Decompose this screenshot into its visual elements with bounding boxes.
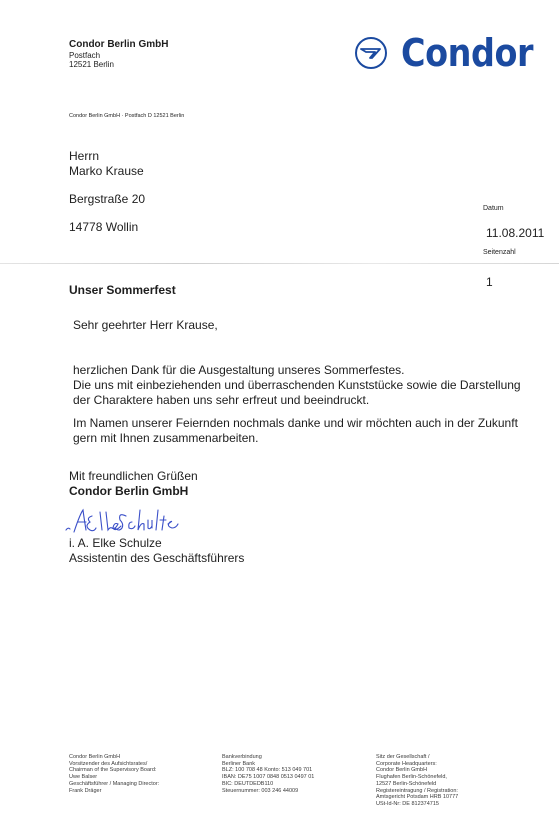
return-address: Condor Berlin GmbH · Postfach D 12521 Be… <box>69 113 184 119</box>
footer-headquarters-info: Sitz der Gesellschaft / Corporate Headqu… <box>376 754 458 808</box>
sender-address-line: Postfach <box>69 51 100 60</box>
date-value: 11.08.2011 <box>486 226 544 240</box>
page-value: 1 <box>486 275 493 289</box>
sender-company: Condor Berlin GmbH <box>69 39 168 50</box>
signer-title: Assistentin des Geschäftsführers <box>69 551 244 565</box>
recipient-city: 14778 Wollin <box>69 220 138 234</box>
footer-company-info: Condor Berlin GmbH Vorsitzender des Aufs… <box>69 754 159 794</box>
recipient-salutation: Herrn <box>69 149 99 163</box>
greeting: Sehr geehrter Herr Krause, <box>73 318 218 333</box>
date-label: Datum <box>483 205 504 212</box>
closing-line: Mit freundlichen Grüßen <box>69 469 198 483</box>
logo-wordmark: Condor <box>401 34 533 72</box>
closing-company: Condor Berlin GmbH <box>69 484 188 498</box>
recipient-name: Marko Krause <box>69 164 144 178</box>
letter-subject: Unser Sommerfest <box>69 283 176 297</box>
signer-name: i. A. Elke Schulze <box>69 536 162 550</box>
page-label: Seitenzahl <box>483 249 516 256</box>
sender-address-line: 12521 Berlin <box>69 60 114 69</box>
condor-bird-emblem-icon <box>355 37 387 69</box>
condor-logo: Condor <box>355 34 551 72</box>
fold-mark-line <box>0 263 559 264</box>
footer-bank-info: Bankverbindung Berliner Bank BLZ: 100 70… <box>222 754 314 794</box>
recipient-street: Bergstraße 20 <box>69 192 145 206</box>
body-paragraph: Im Namen unserer Feiernden nochmals dank… <box>73 416 518 446</box>
body-paragraph: herzlichen Dank für die Ausgestaltung un… <box>73 363 521 408</box>
